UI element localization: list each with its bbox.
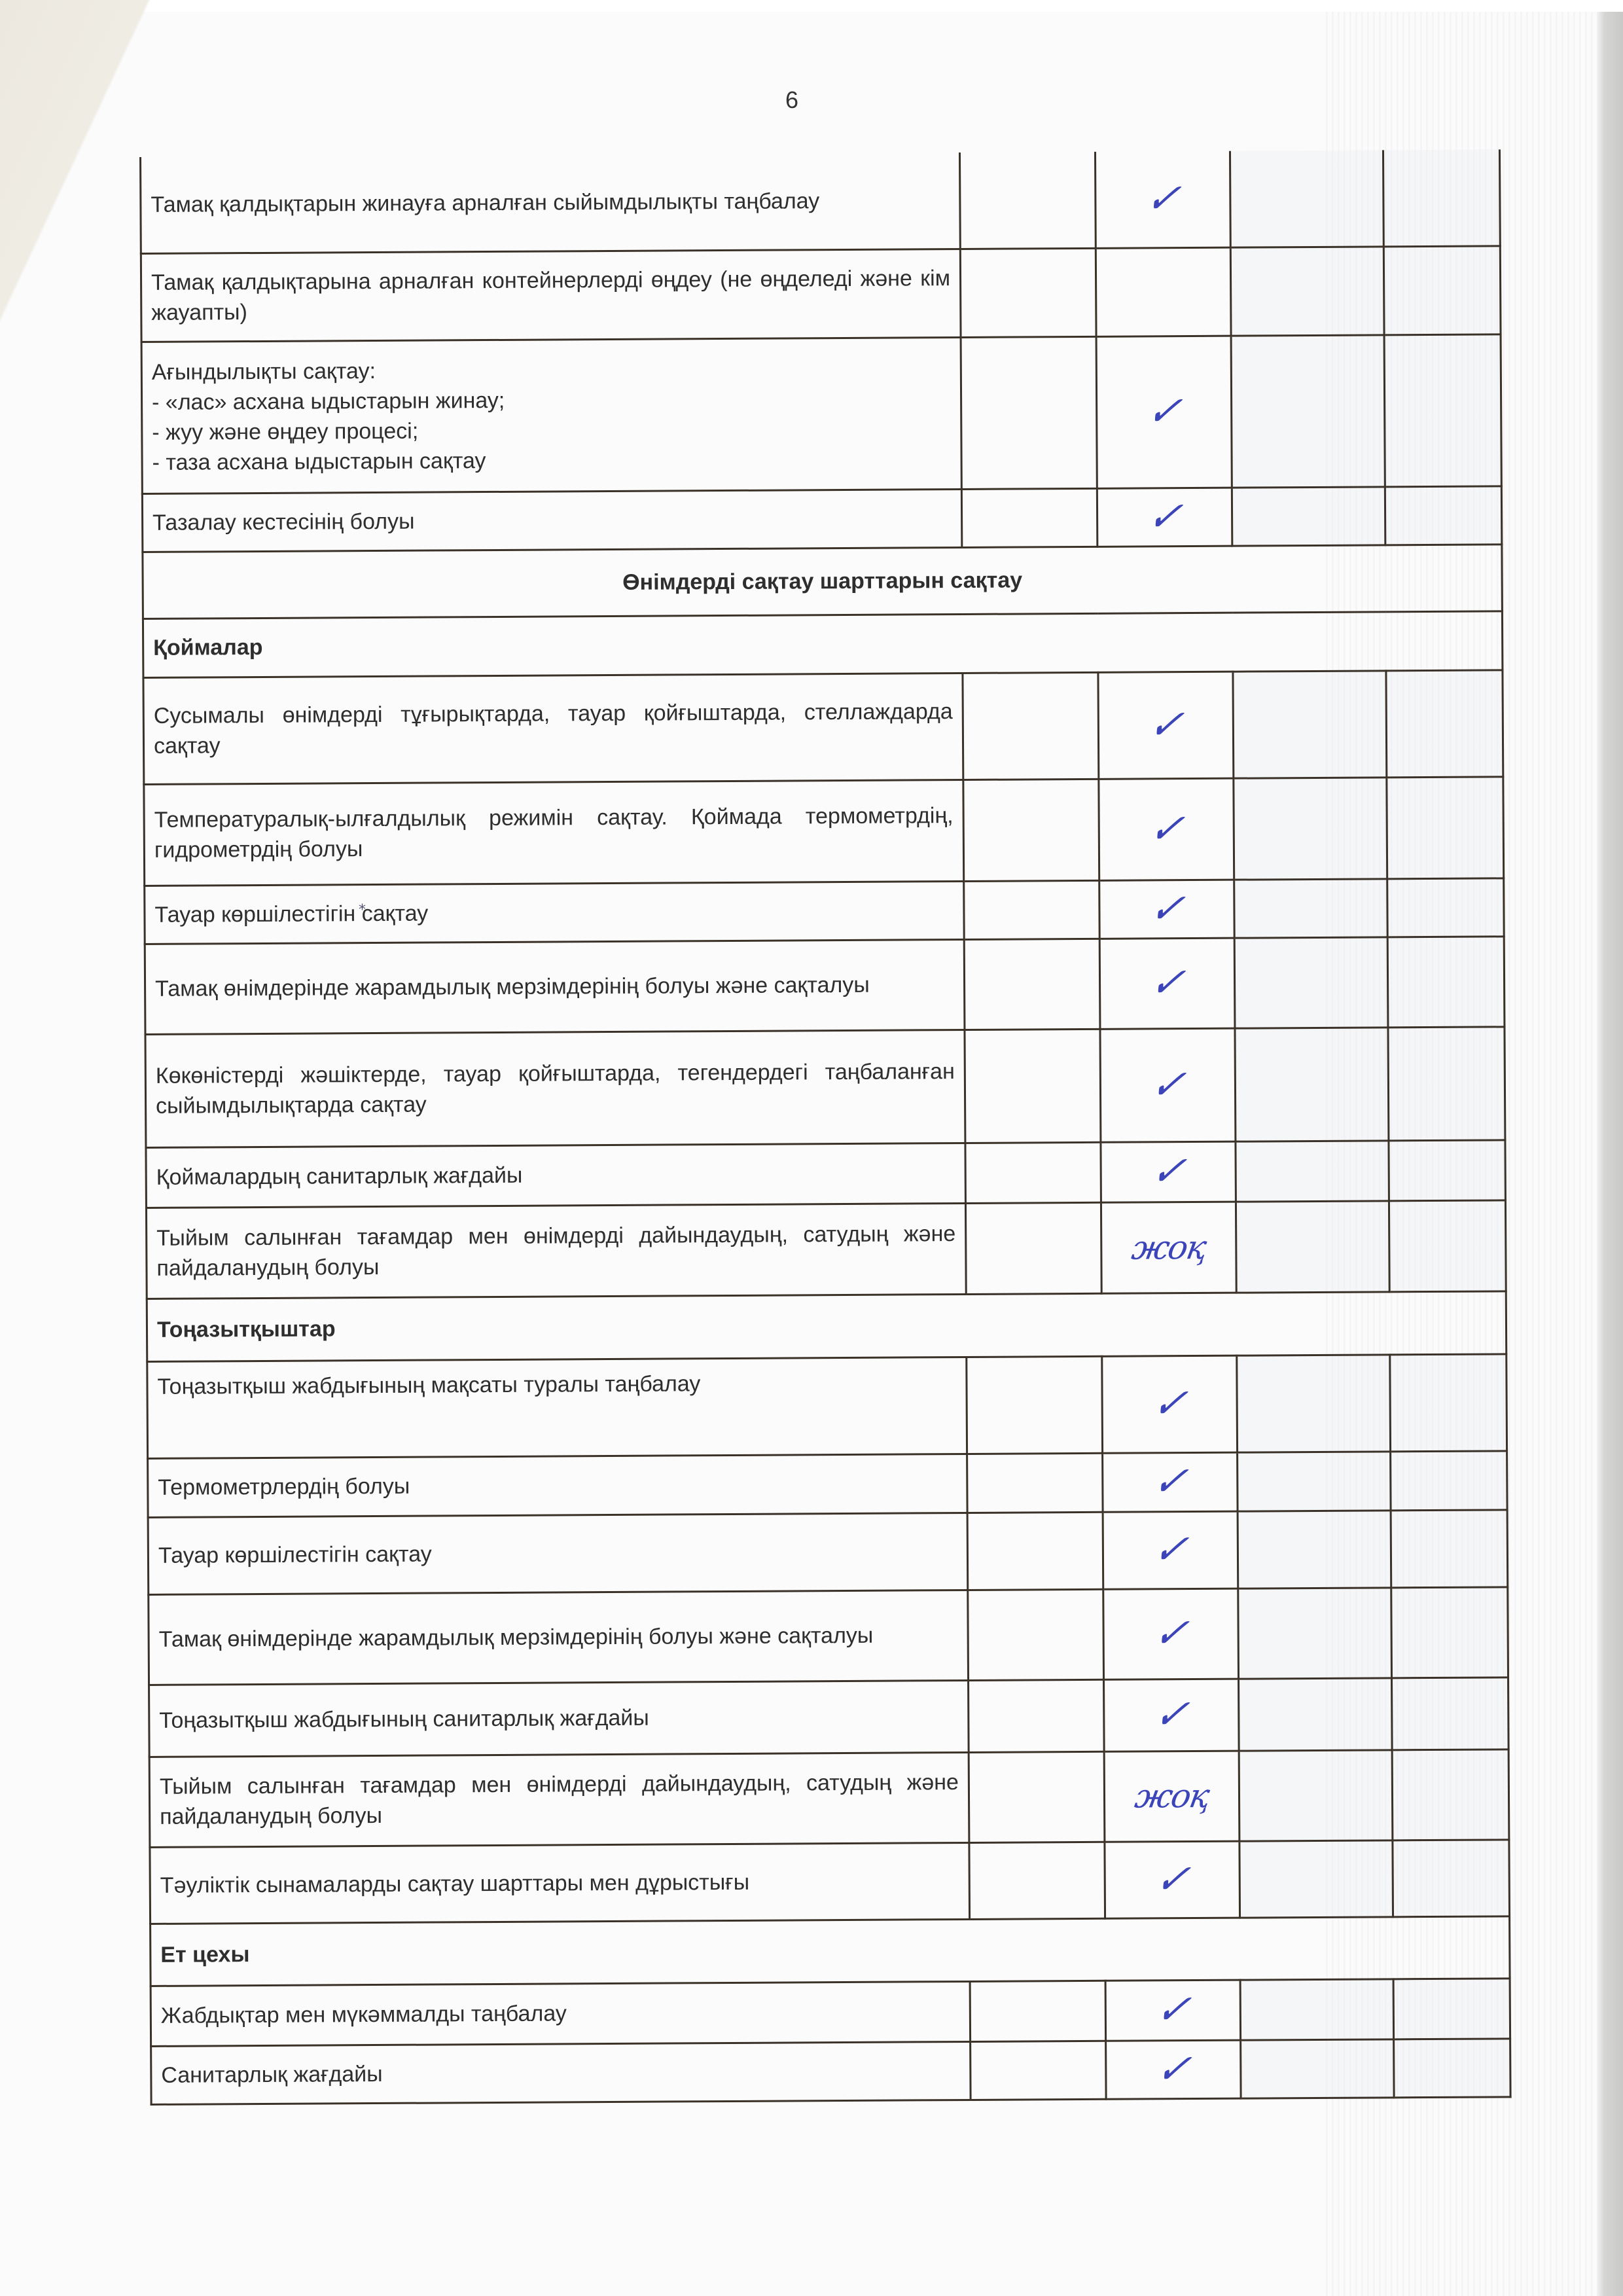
requirement-line: Тауар көршілестігін сақтау bbox=[158, 1536, 957, 1571]
requirement-line: - таза асхана ыдыстарын сақтау bbox=[152, 443, 951, 478]
mark-cell-col-2[interactable] bbox=[960, 248, 1096, 337]
handwritten-check-icon: ✓ bbox=[1150, 1613, 1192, 1653]
checklist-row: Көкөністерді жәшіктерде, тауар қойғыштар… bbox=[145, 1026, 1505, 1147]
mark-cell-col-4[interactable] bbox=[1236, 1140, 1389, 1201]
mark-cell-col-4[interactable] bbox=[1238, 1451, 1391, 1511]
mark-cell-col-4[interactable] bbox=[1239, 1749, 1393, 1840]
requirement-line: Температуралық-ылғалдылық режимін сақтау… bbox=[154, 800, 954, 865]
mark-cell-col-4[interactable] bbox=[1240, 1840, 1393, 1917]
scan-margin-top bbox=[0, 0, 1623, 12]
checklist-row: Тамақ өнімдерінде жарамдылық мерзімдерін… bbox=[149, 1587, 1508, 1685]
mark-cell-col-5[interactable] bbox=[1391, 1587, 1508, 1677]
mark-cell-col-5[interactable] bbox=[1391, 1509, 1508, 1587]
checklist-row: Тауар көршілестігін сақтау✓ bbox=[145, 878, 1504, 944]
checklist-row: Тыйым салынған тағамдар мен өнімдерді да… bbox=[149, 1749, 1509, 1847]
handwritten-check-icon: ✓ bbox=[1152, 1859, 1193, 1899]
mark-cell-col-5[interactable] bbox=[1383, 245, 1501, 334]
handwritten-check-icon: ✓ bbox=[1147, 888, 1188, 929]
requirement-line: Көкөністерді жәшіктерде, тауар қойғыштар… bbox=[156, 1056, 955, 1121]
requirement-line: Тамақ қалдықтарын жинауға арналған сыйым… bbox=[151, 185, 950, 220]
section-title: Өнімдерді сақтау шарттарын сақтау bbox=[143, 544, 1503, 619]
requirement-text: Тауар көршілестігін сақтау bbox=[145, 881, 964, 944]
subsection-title: Қоймалар bbox=[143, 611, 1502, 677]
handwritten-check-icon: ✓ bbox=[1146, 808, 1187, 849]
requirement-text: Тамақ қалдықтарына арналған контейнерлер… bbox=[141, 249, 961, 342]
mark-cell-col-5[interactable] bbox=[1391, 1450, 1507, 1510]
requirement-line: Тыйым салынған тағамдар мен өнімдерді да… bbox=[160, 1767, 959, 1832]
mark-cell-col-3[interactable]: жоқ bbox=[1104, 1751, 1240, 1842]
requirement-line: - жуу және өңдеу процесі; bbox=[152, 413, 951, 448]
mark-cell-col-3[interactable]: ✓ bbox=[1096, 336, 1232, 488]
mark-cell-col-3[interactable]: ✓ bbox=[1098, 672, 1234, 779]
checklist-row: Ағындылықты сақтау:- «лас» асхана ыдыста… bbox=[141, 334, 1501, 493]
mark-cell-col-2[interactable] bbox=[965, 1029, 1101, 1143]
handwritten-check-icon: ✓ bbox=[1149, 1383, 1190, 1424]
handwritten-check-icon: ✓ bbox=[1144, 496, 1185, 537]
mark-cell-col-5[interactable] bbox=[1388, 1026, 1505, 1140]
mark-cell-col-2[interactable] bbox=[964, 939, 1100, 1030]
checklist-body: Тамақ қалдықтарын жинауға арналған сыйым… bbox=[140, 149, 1510, 2104]
mark-cell-col-2[interactable] bbox=[968, 1589, 1104, 1680]
handwritten-check-icon: ✓ bbox=[1143, 178, 1184, 219]
mark-cell-col-2[interactable] bbox=[970, 1981, 1106, 2041]
mark-cell-col-5[interactable] bbox=[1387, 936, 1505, 1027]
mark-cell-col-5[interactable] bbox=[1393, 1839, 1510, 1916]
checklist-row: Тыйым салынған тағамдар мен өнімдерді да… bbox=[146, 1200, 1506, 1299]
requirement-line: Жабдықтар мен мүкәммалды таңбалау bbox=[161, 1996, 960, 2031]
requirement-text: Тамақ өнімдерінде жарамдылық мерзімдерін… bbox=[145, 939, 965, 1034]
checklist-row: Тоңазытқыш жабдығының санитарлық жағдайы… bbox=[149, 1677, 1509, 1757]
mark-cell-col-4[interactable] bbox=[1230, 150, 1383, 247]
mark-cell-col-2[interactable] bbox=[971, 2041, 1106, 2100]
mark-cell-col-4[interactable] bbox=[1234, 777, 1387, 879]
mark-cell-col-3[interactable]: ✓ bbox=[1100, 1028, 1236, 1142]
requirement-text: Тәуліктік сынамаларды сақтау шарттары ме… bbox=[150, 1842, 970, 1924]
requirement-line: Тоңазытқыш жабдығының санитарлық жағдайы bbox=[159, 1701, 958, 1736]
mark-cell-col-2[interactable] bbox=[961, 336, 1097, 489]
requirement-text: Жабдықтар мен мүкәммалды таңбалау bbox=[151, 1981, 970, 2046]
mark-cell-col-4[interactable] bbox=[1233, 670, 1387, 778]
requirement-text: Тауар көршілестігін сақтау bbox=[148, 1513, 968, 1594]
checklist-row: Санитарлық жағдайы✓ bbox=[151, 2038, 1510, 2104]
requirement-text: Тамақ қалдықтарын жинауға арналған сыйым… bbox=[140, 152, 960, 253]
handwritten-check-icon: ✓ bbox=[1147, 1064, 1188, 1105]
mark-cell-col-2[interactable] bbox=[967, 1453, 1103, 1513]
mark-cell-col-2[interactable] bbox=[959, 152, 1096, 249]
requirement-text: Санитарлық жағдайы bbox=[151, 2041, 971, 2104]
mark-cell-col-4[interactable] bbox=[1241, 2039, 1394, 2098]
mark-cell-col-5[interactable] bbox=[1385, 486, 1501, 545]
scan-folded-corner bbox=[0, 0, 157, 367]
requirement-text: Тыйым салынған тағамдар мен өнімдерді да… bbox=[149, 1752, 969, 1847]
mark-cell-col-4[interactable] bbox=[1235, 1027, 1389, 1141]
section-header-row: Өнімдерді сақтау шарттарын сақтау bbox=[143, 544, 1503, 619]
requirement-text: Тыйым салынған тағамдар мен өнімдерді да… bbox=[146, 1203, 966, 1299]
checklist-row: Тамақ өнімдерінде жарамдылық мерзімдерін… bbox=[145, 936, 1505, 1034]
page-number: 6 bbox=[779, 86, 805, 114]
mark-cell-col-5[interactable] bbox=[1389, 1200, 1506, 1291]
handwritten-check-icon: ✓ bbox=[1151, 1694, 1192, 1734]
mark-cell-col-4[interactable] bbox=[1234, 937, 1388, 1028]
requirement-text: Қоймалардың санитарлық жағдайы bbox=[146, 1143, 965, 1208]
checklist-row: Тауар көршілестігін сақтау✓ bbox=[148, 1509, 1508, 1594]
mark-cell-col-2[interactable] bbox=[969, 1679, 1105, 1752]
subsection-header-row: Ет цехы bbox=[151, 1916, 1510, 1986]
checklist-table-wrapper: Тамақ қалдықтарын жинауға арналған сыйым… bbox=[139, 149, 1510, 2105]
mark-cell-col-4[interactable] bbox=[1232, 486, 1385, 545]
handwritten-no-mark: жоқ bbox=[1132, 1776, 1212, 1817]
mark-cell-col-5[interactable] bbox=[1392, 1749, 1509, 1840]
requirement-line: Тамақ өнімдерінде жарамдылық мерзімдерін… bbox=[155, 969, 954, 1004]
requirement-line: - «лас» асхана ыдыстарын жинау; bbox=[152, 383, 951, 418]
checklist-row: Тамақ қалдықтарына арналған контейнерлер… bbox=[141, 245, 1501, 342]
mark-cell-col-4[interactable] bbox=[1238, 1510, 1391, 1588]
requirement-line: Қоймалардың санитарлық жағдайы bbox=[156, 1158, 955, 1193]
mark-cell-col-5[interactable] bbox=[1384, 334, 1501, 486]
mark-cell-col-3[interactable]: ✓ bbox=[1095, 151, 1230, 248]
mark-cell-col-5[interactable] bbox=[1389, 1139, 1506, 1200]
mark-cell-col-4[interactable] bbox=[1238, 1587, 1392, 1678]
subsection-header-row: Қоймалар bbox=[143, 611, 1502, 677]
mark-cell-col-3[interactable]: ✓ bbox=[1102, 1355, 1238, 1453]
handwritten-check-icon: ✓ bbox=[1152, 1989, 1194, 2030]
handwritten-check-icon: ✓ bbox=[1148, 1151, 1189, 1191]
checklist-row: Тәуліктік сынамаларды сақтау шарттары ме… bbox=[150, 1839, 1510, 1924]
mark-cell-col-2[interactable] bbox=[963, 672, 1099, 780]
mark-cell-col-3[interactable]: ✓ bbox=[1099, 778, 1234, 880]
mark-cell-col-4[interactable] bbox=[1237, 1354, 1391, 1452]
subsection-title: Тоңазытқыштар bbox=[147, 1291, 1507, 1361]
mark-cell-col-5[interactable] bbox=[1386, 670, 1503, 777]
requirement-line: Тоңазытқыш жабдығының мақсаты туралы таң… bbox=[157, 1367, 956, 1402]
mark-cell-col-2[interactable] bbox=[961, 488, 1097, 547]
handwritten-check-icon: ✓ bbox=[1145, 704, 1186, 745]
mark-cell-col-5[interactable] bbox=[1392, 1677, 1509, 1749]
mark-cell-col-3[interactable]: ✓ bbox=[1097, 488, 1232, 547]
mark-cell-col-4[interactable] bbox=[1240, 1979, 1394, 2039]
mark-cell-col-2[interactable] bbox=[965, 1202, 1101, 1294]
mark-cell-col-2[interactable] bbox=[964, 880, 1099, 939]
mark-cell-col-3[interactable]: жоқ bbox=[1101, 1202, 1236, 1293]
mark-cell-col-3[interactable]: ✓ bbox=[1103, 1588, 1239, 1679]
requirement-text: Термометрлердің болуы bbox=[148, 1454, 967, 1517]
mark-cell-col-5[interactable] bbox=[1387, 878, 1504, 937]
handwritten-check-icon: ✓ bbox=[1143, 391, 1185, 431]
requirement-line: Тамақ өнімдерінде жарамдылық мерзімдерін… bbox=[159, 1620, 958, 1655]
checklist-row: Қоймалардың санитарлық жағдайы✓ bbox=[146, 1139, 1505, 1208]
mark-cell-col-3[interactable]: ✓ bbox=[1104, 1679, 1240, 1751]
handwritten-check-icon: ✓ bbox=[1147, 962, 1188, 1003]
requirement-line: Термометрлердің болуы bbox=[158, 1468, 957, 1503]
checklist-row: Тазалау кестесінің болуы✓ bbox=[142, 486, 1501, 552]
mark-cell-col-3[interactable]: ✓ bbox=[1103, 1511, 1238, 1589]
requirement-line: Тамақ қалдықтарына арналған контейнерлер… bbox=[151, 263, 950, 328]
requirement-line: Тауар көршілестігін сақтау bbox=[154, 895, 954, 930]
requirement-text: Тоңазытқыш жабдығының санитарлық жағдайы bbox=[149, 1680, 969, 1757]
mark-cell-col-3[interactable]: ✓ bbox=[1105, 1980, 1241, 2041]
requirement-line: Тыйым салынған тағамдар мен өнімдерді да… bbox=[156, 1219, 955, 1283]
mark-cell-col-2[interactable] bbox=[965, 1142, 1101, 1203]
mark-cell-col-3[interactable] bbox=[1096, 247, 1231, 336]
mark-cell-col-5[interactable] bbox=[1393, 1978, 1510, 2039]
mark-cell-col-3[interactable]: ✓ bbox=[1105, 1841, 1240, 1918]
mark-cell-col-2[interactable] bbox=[969, 1751, 1105, 1842]
mark-cell-col-4[interactable] bbox=[1231, 334, 1385, 487]
mark-cell-col-2[interactable] bbox=[967, 1356, 1103, 1454]
mark-cell-col-2[interactable] bbox=[963, 779, 1099, 881]
handwritten-check-icon: ✓ bbox=[1153, 2049, 1194, 2089]
subsection-title: Ет цехы bbox=[151, 1916, 1510, 1986]
checklist-table: Тамақ қалдықтарын жинауға арналған сыйым… bbox=[139, 149, 1512, 2105]
requirement-line: Санитарлық жағдайы bbox=[161, 2056, 960, 2090]
requirement-text: Тоңазытқыш жабдығының мақсаты туралы таң… bbox=[147, 1357, 967, 1458]
mark-cell-col-4[interactable] bbox=[1234, 878, 1387, 937]
mark-cell-col-3[interactable]: ✓ bbox=[1101, 1141, 1236, 1202]
checklist-row: Термометрлердің болуы✓ bbox=[148, 1450, 1507, 1517]
requirement-text: Тамақ өнімдерінде жарамдылық мерзімдерін… bbox=[149, 1590, 969, 1685]
checklist-row: Жабдықтар мен мүкәммалды таңбалау✓ bbox=[151, 1978, 1510, 2046]
requirement-text: Көкөністерді жәшіктерде, тауар қойғыштар… bbox=[145, 1030, 965, 1147]
subsection-header-row: Тоңазытқыштар bbox=[147, 1291, 1507, 1361]
requirement-line: Сусымалы өнімдерді тұғырықтарда, тауар қ… bbox=[154, 696, 953, 761]
mark-cell-col-3[interactable]: ✓ bbox=[1106, 2040, 1241, 2099]
mark-cell-col-4[interactable] bbox=[1236, 1200, 1389, 1292]
requirement-text: Сусымалы өнімдерді тұғырықтарда, тауар қ… bbox=[143, 673, 963, 784]
requirement-text: Тазалау кестесінің болуы bbox=[142, 489, 961, 552]
checklist-row: Сусымалы өнімдерді тұғырықтарда, тауар қ… bbox=[143, 670, 1503, 784]
mark-cell-col-5[interactable] bbox=[1383, 149, 1500, 246]
requirement-line: Тазалау кестесінің болуы bbox=[152, 503, 952, 538]
scan-edge-shadow bbox=[1597, 12, 1623, 2296]
mark-cell-col-3[interactable]: ✓ bbox=[1099, 938, 1235, 1029]
mark-cell-col-4[interactable] bbox=[1239, 1677, 1393, 1750]
handwritten-check-icon: ✓ bbox=[1150, 1529, 1191, 1570]
mark-cell-col-2[interactable] bbox=[969, 1842, 1105, 1919]
stray-pen-mark: ⁎ bbox=[359, 897, 366, 914]
requirement-text: Температуралық-ылғалдылық режимін сақтау… bbox=[144, 780, 964, 886]
checklist-row: Температуралық-ылғалдылық режимін сақтау… bbox=[144, 776, 1504, 886]
checklist-row: Тамақ қалдықтарын жинауға арналған сыйым… bbox=[140, 149, 1500, 253]
requirement-text: Ағындылықты сақтау:- «лас» асхана ыдыста… bbox=[141, 337, 961, 493]
requirement-line: Тәуліктік сынамаларды сақтау шарттары ме… bbox=[160, 1866, 959, 1901]
handwritten-no-mark: жоқ bbox=[1129, 1227, 1209, 1268]
requirement-line: Ағындылықты сақтау: bbox=[152, 353, 951, 387]
mark-cell-col-5[interactable] bbox=[1387, 776, 1504, 878]
checklist-row: Тоңазытқыш жабдығының мақсаты туралы таң… bbox=[147, 1354, 1507, 1458]
mark-cell-col-3[interactable]: ✓ bbox=[1099, 880, 1234, 939]
mark-cell-col-5[interactable] bbox=[1390, 1354, 1507, 1451]
mark-cell-col-4[interactable] bbox=[1230, 246, 1384, 335]
mark-cell-col-2[interactable] bbox=[967, 1512, 1103, 1590]
mark-cell-col-3[interactable]: ✓ bbox=[1103, 1452, 1238, 1512]
handwritten-check-icon: ✓ bbox=[1150, 1461, 1191, 1501]
mark-cell-col-5[interactable] bbox=[1394, 2038, 1510, 2097]
